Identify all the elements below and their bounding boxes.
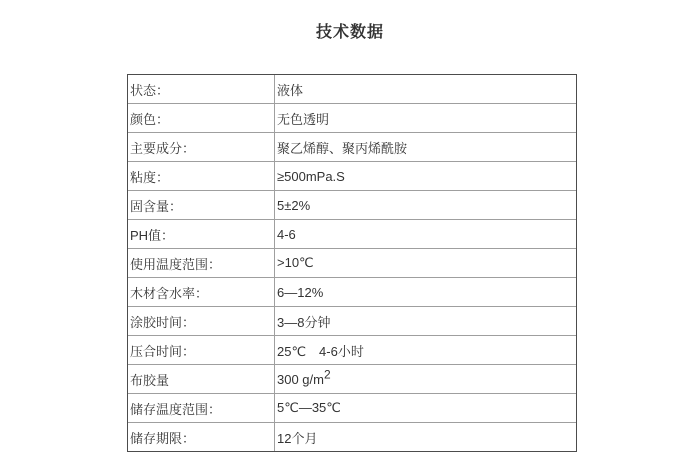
row-label: 涂胶时间：	[128, 307, 275, 336]
row-value: 6—12%	[275, 278, 577, 307]
tech-data-table: 状态： 液体 颜色： 无色透明 主要成分： 聚乙烯醇、聚丙烯酰胺 粘度： ≥50…	[127, 74, 577, 452]
tech-data-grid: 状态： 液体 颜色： 无色透明 主要成分： 聚乙烯醇、聚丙烯酰胺 粘度： ≥50…	[128, 75, 576, 451]
table-row: 储存期限： 12个月	[128, 423, 576, 452]
table-row: 主要成分： 聚乙烯醇、聚丙烯酰胺	[128, 133, 576, 162]
table-row: 涂胶时间： 3—8分钟	[128, 307, 576, 336]
row-label: 使用温度范围：	[128, 249, 275, 278]
row-label: 储存期限：	[128, 423, 275, 452]
row-label: PH值：	[128, 220, 275, 249]
row-label: 粘度：	[128, 162, 275, 191]
row-value: 4-6	[275, 220, 577, 249]
row-label: 木材含水率：	[128, 278, 275, 307]
row-label: 固含量：	[128, 191, 275, 220]
table-row: 使用温度范围： >10℃	[128, 249, 576, 278]
row-label: 主要成分：	[128, 133, 275, 162]
table-row: 粘度： ≥500mPa.S	[128, 162, 576, 191]
row-value: 25℃ 4-6小时	[275, 336, 577, 365]
table-row: 颜色： 无色透明	[128, 104, 576, 133]
table-row: 布胶量 300 g/m2	[128, 365, 576, 394]
row-value: 聚乙烯醇、聚丙烯酰胺	[275, 133, 577, 162]
page: 技术数据 状态： 液体 颜色： 无色透明 主要成分： 聚乙烯醇、聚丙烯酰胺 粘度…	[0, 25, 700, 452]
row-label: 压合时间：	[128, 336, 275, 365]
row-value: 12个月	[275, 423, 577, 452]
row-label: 状态：	[128, 75, 275, 104]
table-row: 压合时间： 25℃ 4-6小时	[128, 336, 576, 365]
row-value: 300 g/m2	[275, 365, 577, 394]
row-label: 布胶量	[128, 365, 275, 394]
table-row: 木材含水率： 6—12%	[128, 278, 576, 307]
row-value: 5℃—35℃	[275, 394, 577, 423]
row-value: >10℃	[275, 249, 577, 278]
row-label: 储存温度范围：	[128, 394, 275, 423]
row-label: 颜色：	[128, 104, 275, 133]
superscript: 2	[324, 367, 331, 381]
row-value: 液体	[275, 75, 577, 104]
row-value: 5±2%	[275, 191, 577, 220]
table-row: 状态： 液体	[128, 75, 576, 104]
page-title: 技术数据	[0, 25, 700, 41]
row-value: 3—8分钟	[275, 307, 577, 336]
row-value: ≥500mPa.S	[275, 162, 577, 191]
table-row: 固含量： 5±2%	[128, 191, 576, 220]
row-value: 无色透明	[275, 104, 577, 133]
table-row: PH值： 4-6	[128, 220, 576, 249]
table-row: 储存温度范围： 5℃—35℃	[128, 394, 576, 423]
